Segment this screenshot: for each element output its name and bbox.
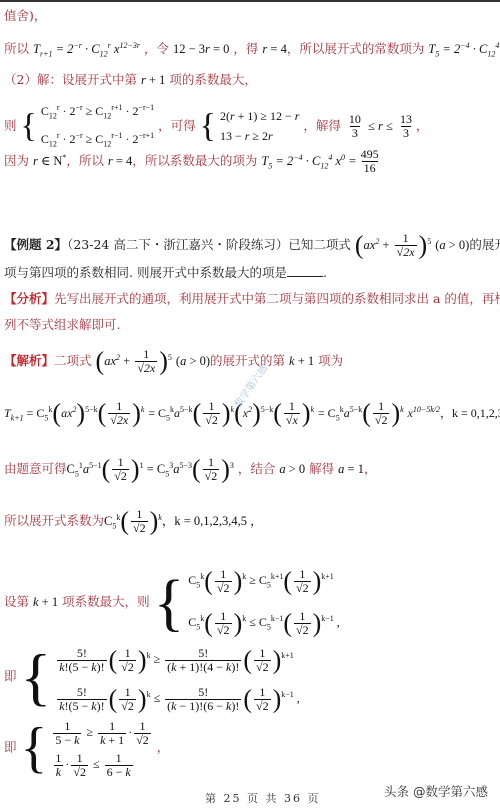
- text: ，可得: [158, 118, 196, 133]
- analysis-label: 【分析】: [4, 291, 54, 306]
- formula: Tr+1 = 2−r · C12r x12−3r: [33, 42, 140, 56]
- answer-blank: [287, 264, 323, 277]
- text: 所以: [4, 41, 29, 56]
- part2-heading: （2）解：设展开式中第 r + 1 项的系数最大，: [4, 72, 257, 88]
- coefficient-line: 所以展开式系数为C5k(1√2)k，k = 0,1,2,3,4,5 ，: [4, 508, 263, 535]
- left-brace: {: [200, 107, 216, 144]
- text: 先写出展开式的通项，利用展开式中第二项与第四项的系数相同求出 a 的值，再根据系…: [54, 291, 500, 306]
- text: 的展开式中第二: [469, 237, 500, 252]
- analysis-line-1: 【分析】先写出展开式的通项，利用展开式中第二项与第四项的系数相同求出 a 的值，…: [4, 291, 500, 307]
- page-top-border: [0, 0, 500, 2]
- inequality-system-2: 2(r + 1) ≥ 12 − r 13 − r ≥ 2r: [220, 106, 299, 146]
- text: （2）解：设展开式中第 r + 1 项的系数最大，: [4, 72, 257, 87]
- inequality-system: C12r · 2−r ≥ C12r+1 · 2−r−1 C12r · 2−r ≥…: [41, 98, 154, 155]
- text: 即: [4, 669, 17, 684]
- simplified-system-line: 即 { 15 − k ≥ 1k + 1·1√2 1k·1√2 ≤ 16 − k …: [4, 716, 169, 780]
- example-label: 【例题 2】: [4, 237, 67, 252]
- text: ，解得: [303, 118, 341, 133]
- constant-term-line: 所以 Tr+1 = 2−r · C12r x12−3r ，令 12 − 3r =…: [4, 36, 500, 63]
- equation-line: 由题意可得C51a5−1(1√2)1 = C53a5−3(1√2)3 ，结合 a…: [4, 456, 376, 483]
- text: 项与第四项的系数相同. 则展开式中系数最大的项是: [4, 265, 287, 280]
- solution-intro: 【解析】二项式 (ax2 + 1√2x)5 (a > 0)的展开式的第 k + …: [4, 348, 343, 375]
- text: ，令 12 − 3r = 0 ，得 r = 4，所以展开式的常数项为: [144, 41, 424, 56]
- analysis-line-2: 列不等式组求解即可.: [4, 317, 120, 333]
- text: 二项式: [54, 353, 92, 368]
- example-2-statement: 【例题 2】（23-24 高二下・浙江嘉兴・阶段练习）已知二项式 (ax2 + …: [4, 232, 500, 259]
- simplified-system: 15 − k ≥ 1k + 1·1√2 1k·1√2 ≤ 16 − k: [51, 716, 152, 780]
- inequality-system: C5k(1√2)k ≥ C5k+1(1√2)k+1 C5k(1√2)k ≤ C5…: [188, 560, 340, 645]
- formula-result: T5 = 2−4 · C124 =: [428, 42, 500, 56]
- text: 即: [4, 740, 17, 755]
- solution-label: 【解析】: [4, 353, 54, 368]
- text: 已知二项式: [288, 237, 351, 252]
- general-term-line: Tk+1 = C5k(ax2)5−k(1√2x)k = C5ka5−k(1√2)…: [4, 400, 500, 427]
- text: 则: [4, 118, 17, 133]
- left-brace: {: [21, 107, 37, 144]
- text: 由题意可得: [4, 461, 67, 476]
- page-footer: 第 25 页 共 36 页: [205, 790, 320, 806]
- source-watermark: 头条 @数学第六感: [384, 782, 488, 800]
- formula-result: T5 = 2−4 · C124 x0 =: [261, 154, 356, 168]
- example-source: （23-24 高二下・浙江嘉兴・阶段练习）: [67, 237, 288, 252]
- text: 所以展开式系数为: [4, 513, 104, 528]
- factorial-system-line: 即 { 5!k!(5 − k)!(1√2)k ≥ 5!(k + 1)!(4 − …: [4, 638, 300, 716]
- factorial-system: 5!k!(5 − k)!(1√2)k ≥ 5!(k + 1)!(4 − k)!(…: [55, 638, 300, 716]
- max-coefficient-system-line: 设第 k + 1 项系数最大，则 { C5k(1√2)k ≥ C5k+1(1√2…: [4, 560, 340, 645]
- max-term-line: 因为 r ∈ N*，所以 r = 4，所以系数最大的项为 T5 = 2−4 · …: [4, 148, 383, 175]
- example-2-statement-cont: 项与第四项的系数相同. 则展开式中系数最大的项是.: [4, 264, 327, 281]
- text: 因为 r ∈ N*，所以 r = 4，所以系数最大的项为: [4, 153, 257, 168]
- text-line: 值舍)，: [4, 8, 46, 24]
